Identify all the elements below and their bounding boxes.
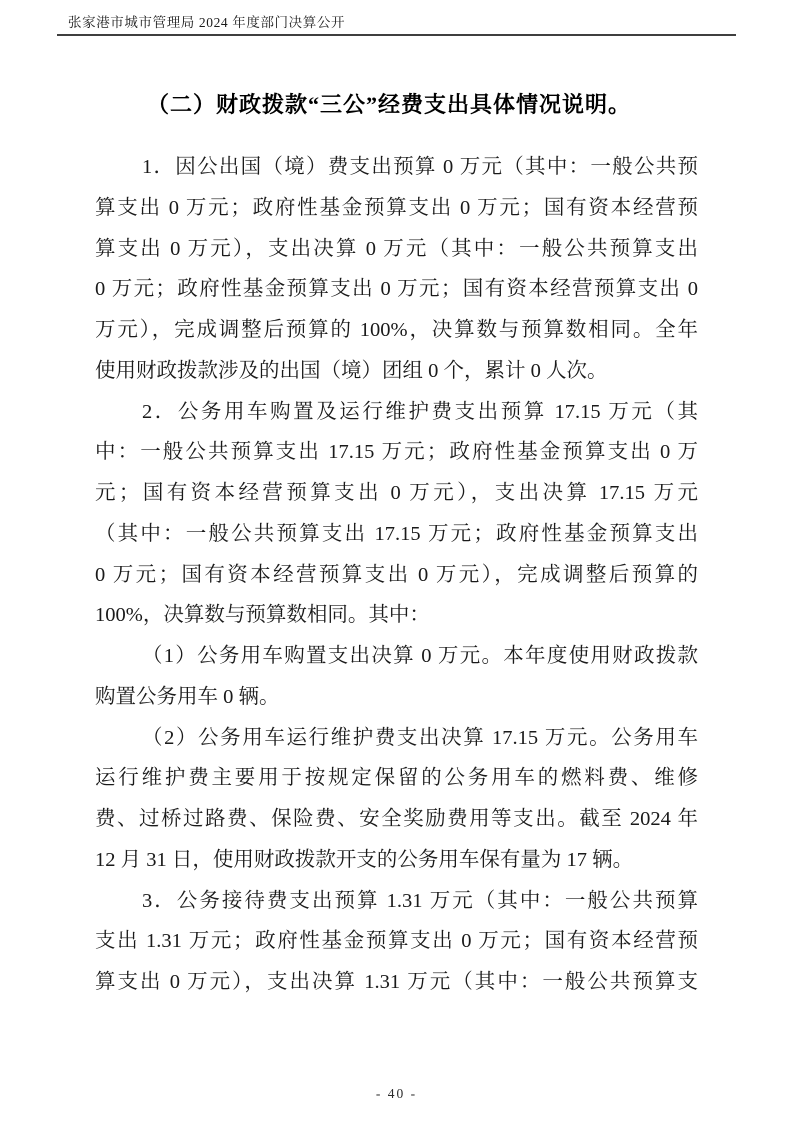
text-line: 中：一般公共预算支出 17.15 万元；政府性基金预算支出 0 万	[95, 432, 698, 473]
text-line: 运行维护费主要用于按规定保留的公务用车的燃料费、维修	[95, 758, 698, 799]
text-line: 1．因公出国（境）费支出预算 0 万元（其中：一般公共预	[95, 147, 698, 188]
header-title: 张家港市城市管理局 2024 年度部门决算公开	[68, 11, 736, 31]
document-body: （二）财政拨款“三公”经费支出具体情况说明。 1．因公出国（境）费支出预算 0 …	[95, 88, 698, 1003]
text-line: 12 月 31 日，使用财政拨款开支的公务用车保有量为 17 辆。	[95, 840, 698, 881]
document-page: 张家港市城市管理局 2024 年度部门决算公开 （二）财政拨款“三公”经费支出具…	[0, 0, 793, 1122]
text-line: 支出 1.31 万元；政府性基金预算支出 0 万元；国有资本经营预	[95, 921, 698, 962]
text-line: （1）公务用车购置支出决算 0 万元。本年度使用财政拨款	[95, 636, 698, 677]
text-line: 元；国有资本经营预算支出 0 万元），支出决算 17.15 万元	[95, 473, 698, 514]
paragraph: 1．因公出国（境）费支出预算 0 万元（其中：一般公共预算支出 0 万元；政府性…	[95, 147, 698, 392]
text-line: （2）公务用车运行维护费支出决算 17.15 万元。公务用车	[95, 718, 698, 759]
paragraph: 3．公务接待费支出预算 1.31 万元（其中：一般公共预算支出 1.31 万元；…	[95, 881, 698, 1003]
text-line: 3．公务接待费支出预算 1.31 万元（其中：一般公共预算	[95, 881, 698, 922]
text-line: 使用财政拨款涉及的出国（境）团组 0 个，累计 0 人次。	[95, 351, 698, 392]
text-line: 算支出 0 万元），支出决算 0 万元（其中：一般公共预算支出	[95, 229, 698, 270]
page-footer: - 40 -	[0, 1086, 793, 1102]
page-number: - 40 -	[376, 1086, 417, 1101]
paragraph: 2．公务用车购置及运行维护费支出预算 17.15 万元（其中：一般公共预算支出 …	[95, 392, 698, 637]
text-line: 2．公务用车购置及运行维护费支出预算 17.15 万元（其	[95, 392, 698, 433]
text-line: 100%，决算数与预算数相同。其中：	[95, 595, 698, 636]
text-line: 算支出 0 万元；政府性基金预算支出 0 万元；国有资本经营预	[95, 188, 698, 229]
text-line: （其中：一般公共预算支出 17.15 万元；政府性基金预算支出	[95, 514, 698, 555]
paragraph: （2）公务用车运行维护费支出决算 17.15 万元。公务用车运行维护费主要用于按…	[95, 718, 698, 881]
text-line: 费、过桥过路费、保险费、安全奖励费用等支出。截至 2024 年	[95, 799, 698, 840]
text-line: 0 万元；国有资本经营预算支出 0 万元），完成调整后预算的	[95, 555, 698, 596]
text-line: 购置公务用车 0 辆。	[95, 677, 698, 718]
text-line: 0 万元；政府性基金预算支出 0 万元；国有资本经营预算支出 0	[95, 269, 698, 310]
paragraphs-container: 1．因公出国（境）费支出预算 0 万元（其中：一般公共预算支出 0 万元；政府性…	[95, 147, 698, 1003]
page-header: 张家港市城市管理局 2024 年度部门决算公开	[57, 11, 736, 36]
section-title: （二）财政拨款“三公”经费支出具体情况说明。	[95, 88, 698, 122]
text-line: 万元），完成调整后预算的 100%，决算数与预算数相同。全年	[95, 310, 698, 351]
text-line: 算支出 0 万元），支出决算 1.31 万元（其中：一般公共预算支	[95, 962, 698, 1003]
paragraph: （1）公务用车购置支出决算 0 万元。本年度使用财政拨款购置公务用车 0 辆。	[95, 636, 698, 718]
